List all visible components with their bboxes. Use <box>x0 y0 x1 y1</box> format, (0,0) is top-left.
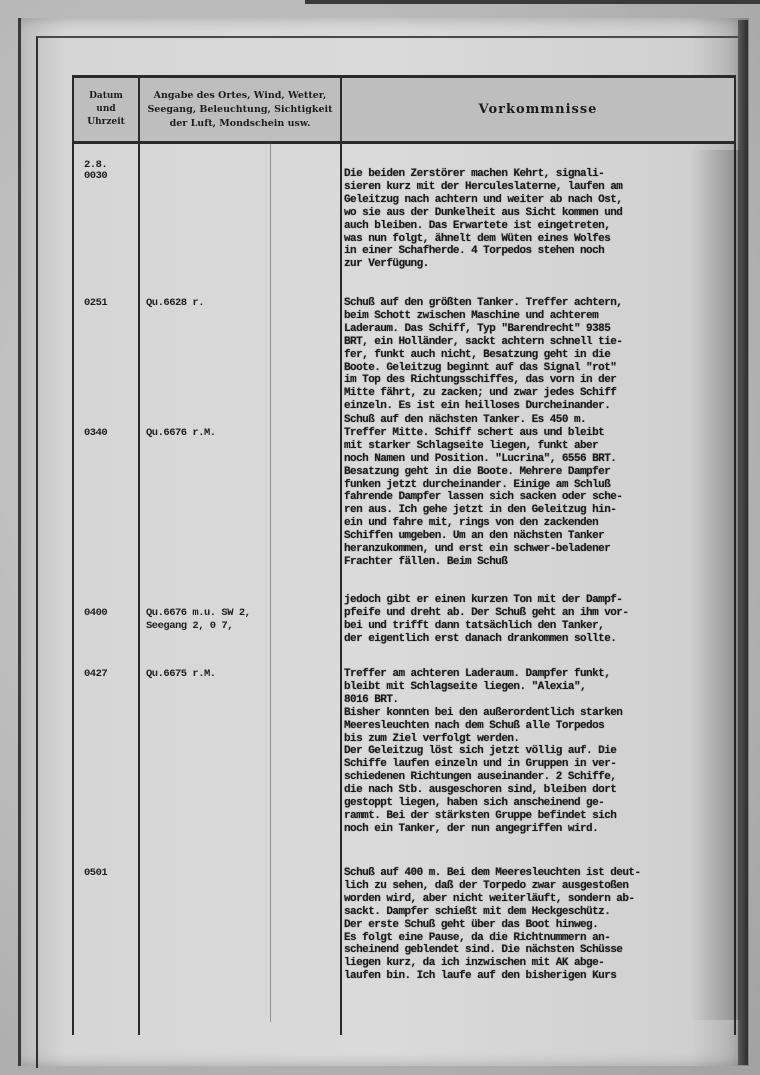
header-date-time: Datum und Uhrzeit <box>73 77 139 143</box>
entry-location: Qu.6676 r.M. <box>138 427 343 440</box>
adjacent-page-edge <box>305 0 760 4</box>
entry-text: Die beiden Zerstörer machen Kehrt, signa… <box>344 168 744 271</box>
entry-time: 0400 <box>72 607 138 633</box>
date-column <box>73 143 139 1036</box>
header-events: Vorkommnisse <box>341 77 735 143</box>
diary-entry: 0400 Qu.6676 m.u. SW 2, Seegang 2, 0 7, … <box>72 607 343 633</box>
entry-location <box>138 867 343 879</box>
entry-time: 2.8. 0030 <box>72 160 138 182</box>
entry-time: 0427 <box>72 668 138 681</box>
entry-text: jedoch gibt er einen kurzen Ton mit der … <box>344 594 744 646</box>
diary-entry: 0340 Qu.6676 r.M. Schuß auf den nächsten… <box>72 427 343 440</box>
header-location-weather-label: Angabe des Ortes, Wind, Wetter, Seegang,… <box>147 90 332 129</box>
header-location-weather: Angabe des Ortes, Wind, Wetter, Seegang,… <box>139 77 341 143</box>
location-column-faint-rule <box>270 142 271 1022</box>
entry-text: Treffer am achteren Laderaum. Dampfer fu… <box>344 668 744 836</box>
entry-text: Schuß auf den nächsten Tanker. Es 450 m.… <box>344 414 744 569</box>
entry-location <box>138 160 343 182</box>
entry-time: 0251 <box>72 297 138 310</box>
entry-location: Qu.6628 r. <box>138 297 343 310</box>
entry-time: 0340 <box>72 427 138 440</box>
entry-text: Schuß auf den größten Tanker. Treffer ac… <box>344 297 744 413</box>
location-column <box>139 143 341 1036</box>
header-events-label: Vorkommnisse <box>479 102 598 117</box>
diary-entry: 0427 Qu.6675 r.M. Treffer am achteren La… <box>72 668 343 681</box>
entry-time: 0501 <box>72 867 138 879</box>
header-date-time-label: Datum und Uhrzeit <box>87 91 125 127</box>
diary-entry: 0251 Qu.6628 r. Schuß auf den größten Ta… <box>72 297 343 310</box>
table-header-row: Datum und Uhrzeit Angabe des Ortes, Wind… <box>73 77 735 143</box>
entry-text: Schuß auf 400 m. Bei dem Meeresleuchten … <box>344 867 744 983</box>
entry-location: Qu.6675 r.M. <box>138 668 343 681</box>
diary-entry: 2.8. 0030 Die beiden Zerstörer machen Ke… <box>72 160 343 182</box>
diary-entry: 0501 Schuß auf 400 m. Bei dem Meeresleuc… <box>72 867 343 879</box>
entry-location: Qu.6676 m.u. SW 2, Seegang 2, 0 7, <box>138 607 343 633</box>
